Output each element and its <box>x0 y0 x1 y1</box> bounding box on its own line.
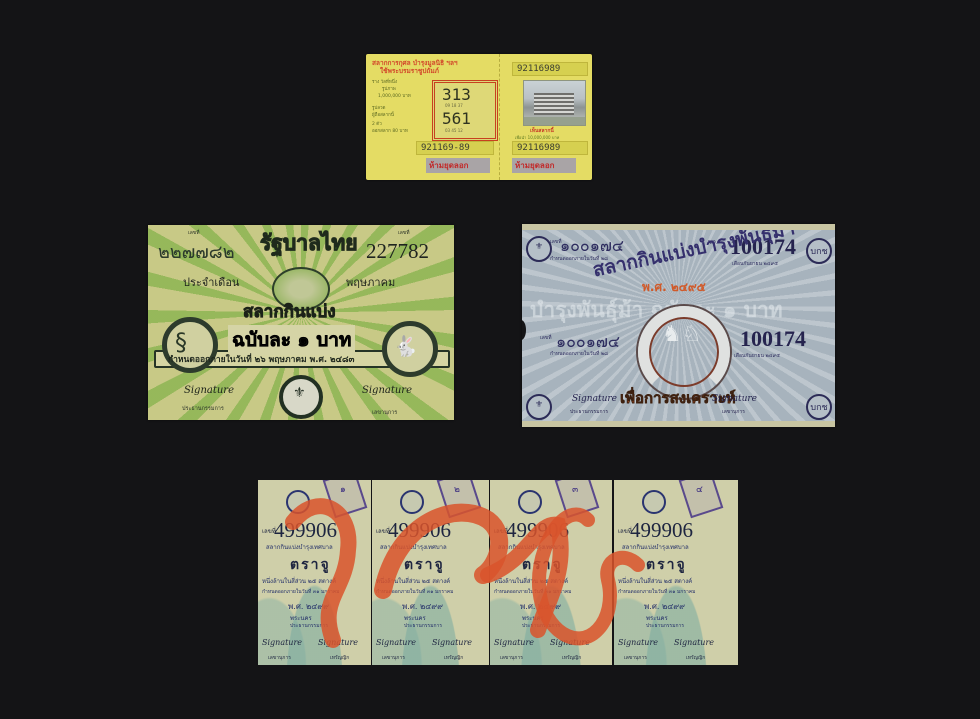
crest-icon <box>286 490 310 514</box>
emblem-top-right: บกช <box>806 238 832 264</box>
issuer: สลากกินแบ่งบำรุงเทศบาล <box>266 542 333 552</box>
draw-line: กำหนดออกภายในวันที่ ๓๑ มกราคม <box>262 588 339 596</box>
role-right: เหรัญญิก <box>686 654 705 662</box>
role-left: ประธานกรรมการ <box>182 405 224 413</box>
role-right: เหรัญญิก <box>444 654 463 662</box>
note: ผู้ถือสลากนี้ <box>372 111 394 118</box>
strip-part: ๓ เลขที่ 499906 สลากกินแบ่งบำรุงเทศบาล ต… <box>490 480 612 665</box>
perforation-line <box>499 54 502 180</box>
prize-line: หนึ่งล้านในสี่ส่วน ๒๕ สตางค์ <box>376 576 450 586</box>
prize-line: หนึ่งล้านในสี่ส่วน ๒๕ สตางค์ <box>618 576 692 586</box>
note: ราง วัลที่หนึ่ง <box>372 78 397 85</box>
signature-left: Signature <box>262 638 302 647</box>
grid-sub: 03 45 12 <box>445 128 463 133</box>
strip-part: ๔ เลขที่ 499906 สลากกินแบ่งบำรุงเทศบาล ต… <box>614 480 738 665</box>
year: พ.ศ. ๒๔๙๙ <box>520 600 561 613</box>
crest-icon <box>400 490 424 514</box>
serial-thai: ๒๒๗๗๘๒ <box>158 237 235 266</box>
note: 2 ตัว <box>372 120 382 127</box>
serial-left: 921169-89 <box>416 141 494 155</box>
year: พ.ศ. ๒๔๙๙ <box>644 600 685 613</box>
role-top: ประธานกรรมการ <box>522 622 560 630</box>
type-label: ตราจู <box>646 554 687 576</box>
signature-left: Signature <box>494 638 534 647</box>
horses-icon: ♞♘ <box>662 322 701 347</box>
ticket-green: เลขที่ ๒๒๗๗๘๒ รัฐบาลไทย เลขที่ 227782 ปร… <box>148 225 454 420</box>
number-grid: 313 09 18 37 561 03 45 12 <box>432 80 498 141</box>
ticket-blue: ⚜ เลขที่ ๑๐๐๑๗๔ กำหนดออกภายในวันที่ ๒๘ N… <box>522 224 835 427</box>
signature-left: Signature <box>572 394 617 404</box>
draw-line: เดือนกันยายน ๒๔๙๕ <box>732 260 778 268</box>
emblem-top-left: ⚜ <box>526 236 552 262</box>
note: ออกสลาก 80 บาท <box>372 127 408 134</box>
role-top: ประธานกรรมการ <box>404 622 442 630</box>
strip-part: ๒ เลขที่ 499906 สลากกินแบ่งบำรุงเทศบาล ต… <box>372 480 489 665</box>
serial-label: เลขที่ <box>188 229 200 237</box>
monthly-label: ประจำเดือน <box>183 273 239 291</box>
ticket-subtitle: สลากกินแบ่ง <box>243 298 336 325</box>
stamp-label-left: ห้ามยุดลอก <box>426 158 490 173</box>
type-label: ตราจู <box>522 554 563 576</box>
role-right: เหรัญญิก <box>330 654 349 662</box>
draw-line: เดือนกันยายน ๒๔๙๕ <box>734 352 780 360</box>
rabbit-icon: 🐇 <box>393 334 418 358</box>
price-label: ฉบับละ ๑ บาท <box>228 325 355 355</box>
stamp-label-right: ห้ามยุดลอก <box>512 158 576 173</box>
signature-right: Signature <box>432 638 472 647</box>
horseshoe-icon <box>638 306 730 398</box>
signature-left: Signature <box>376 638 416 647</box>
signature-right: Signature <box>712 394 757 404</box>
emblem-bottom-right: บกช <box>806 394 832 420</box>
role-left: เลขานุการ <box>624 654 647 662</box>
type-label: ตราจู <box>290 554 331 576</box>
signature-left: Signature <box>618 638 658 647</box>
role-top: ประธานกรรมการ <box>646 622 684 630</box>
seal-icon <box>279 375 323 419</box>
part-index: ๑ <box>340 482 346 496</box>
signature-right: Signature <box>550 638 590 647</box>
draw-line: กำหนดออกภายในวันที่ ๓๑ มกราคม <box>618 588 695 596</box>
role-left: เลขานุการ <box>268 654 291 662</box>
crest-icon <box>518 490 542 514</box>
draw-date: กำหนดออกภายในวันที่ ๒๖ พฤษภาคม พ.ศ. ๒๔๘๓ <box>168 352 354 366</box>
part-index: ๔ <box>696 482 703 496</box>
serial-number: 499906 <box>388 518 451 543</box>
year: พ.ศ. ๒๔๙๙ <box>288 600 329 613</box>
draw-line: กำหนดออกภายในวันที่ ๓๑ มกราคม <box>376 588 453 596</box>
grid-number-top: 313 <box>442 85 471 104</box>
note: 1,000,000 บาท <box>378 92 411 99</box>
role-top: ประธานกรรมการ <box>290 622 328 630</box>
strip-part: ๑ เลขที่ 499906 สลากกินแบ่งบำรุงเทศบาล ต… <box>258 480 371 665</box>
serial-right-bottom: 92116989 <box>512 141 588 155</box>
serial-number: 499906 <box>274 518 337 543</box>
signature-right: Signature <box>674 638 714 647</box>
emblem-bottom-left: ⚜ <box>526 394 552 420</box>
ticket-yellow: สลากการกุศล บำรุงมูลนิธิ ฯลฯ ใช้พระบรมรา… <box>366 54 592 180</box>
issuer: สลากกินแบ่งบำรุงเทศบาล <box>498 542 565 552</box>
part-index: ๓ <box>572 482 578 496</box>
draw-line: กำหนดออกภายในวันที่ ๓๑ มกราคม <box>494 588 571 596</box>
role-left: เลขานุการ <box>382 654 405 662</box>
serial-label: เลขที่ <box>398 229 410 237</box>
signature-left: Signature <box>184 385 234 396</box>
grid-number-bottom: 561 <box>442 109 471 128</box>
serial-number: 499906 <box>506 518 569 543</box>
month: พฤษภาคม <box>346 273 395 291</box>
crest-icon <box>642 490 666 514</box>
rabbit-medallion: 🐇 <box>382 321 438 377</box>
ticket-year: พ.ศ. ๒๔๙๕ <box>642 278 706 297</box>
torn-notch <box>522 320 526 340</box>
role-right: เหรัญญิก <box>562 654 581 662</box>
part-index: ๒ <box>454 482 460 496</box>
note: รูปภาพ <box>382 85 396 92</box>
building-image <box>523 80 586 126</box>
prize-line: หนึ่งล้านในสี่ส่วน ๒๕ สตางค์ <box>262 576 336 586</box>
signature-right: Signature <box>318 638 358 647</box>
role-right: เลขานุการ <box>372 409 397 417</box>
year: พ.ศ. ๒๔๙๙ <box>402 600 443 613</box>
caption-sub: เพื่อนำ 10,000,000 บาท <box>515 134 559 141</box>
draw-line: กำหนดออกภายในวันที่ ๒๘ <box>550 350 608 358</box>
serial-number: 227782 <box>366 239 429 264</box>
prize-line: หนึ่งล้านในสี่ส่วน ๒๕ สตางค์ <box>494 576 568 586</box>
type-label: ตราจู <box>404 554 445 576</box>
role-left: ประธานกรรมการ <box>570 408 608 416</box>
signature-right: Signature <box>362 385 412 396</box>
issuer: สลากกินแบ่งบำรุงเทศบาล <box>622 542 689 552</box>
role-left: เลขานุการ <box>500 654 523 662</box>
role-right: เลขานุการ <box>722 408 745 416</box>
ticket-title: รัฐบาลไทย <box>260 227 358 260</box>
serial-right-top: 92116989 <box>512 62 588 76</box>
serial-number: 499906 <box>630 518 693 543</box>
serial-number-bottom: 100174 <box>740 326 806 352</box>
note: รูปลวด <box>372 104 385 111</box>
ticket-header-sub: ใช้พระบรมราชูปถัมภ์ <box>380 66 439 76</box>
grid-sub: 09 18 37 <box>445 103 463 108</box>
issuer: สลากกินแบ่งบำรุงเทศบาล <box>380 542 447 552</box>
serial-label: เลขที่ <box>540 334 552 342</box>
